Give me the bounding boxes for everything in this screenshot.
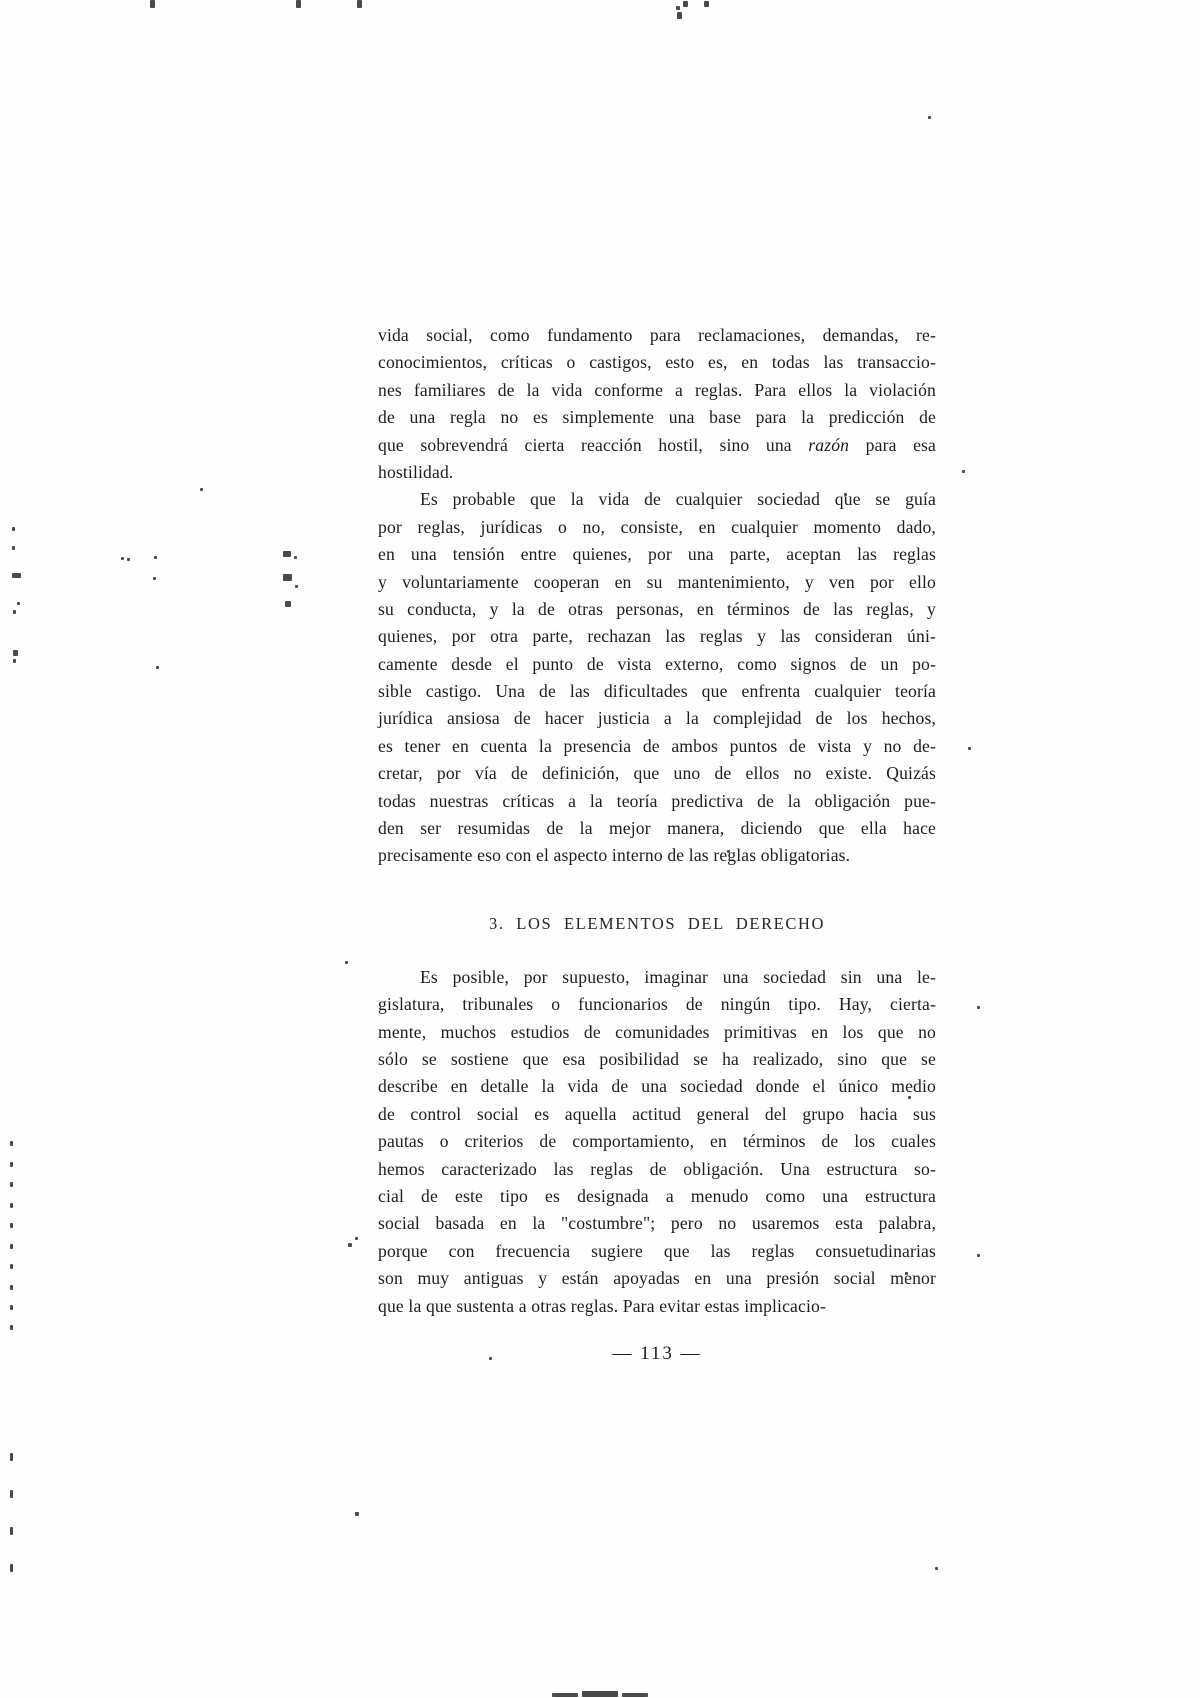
text-line: cretar, por vía de definición, que uno d…	[378, 760, 936, 787]
text-line: son muy antiguas y están apoyadas en una…	[378, 1265, 936, 1292]
scan-speck	[908, 1096, 911, 1099]
text-line: mente, muchos estudios de comunidades pr…	[378, 1019, 936, 1046]
text-line: hemos caracterizado las reglas de obliga…	[378, 1156, 936, 1183]
scan-speck	[10, 1162, 13, 1167]
scan-speck	[355, 1512, 359, 1516]
text-line: sible castigo. Una de las dificultades q…	[378, 678, 936, 705]
text-line: que sobrevendrá cierta reacción hostil, …	[378, 432, 936, 459]
scan-speck	[935, 1567, 938, 1570]
paragraph: Es probable que la vida de cualquier soc…	[378, 486, 936, 869]
text-line: social basada en la "costumbre"; pero no…	[378, 1210, 936, 1237]
text-block: vida social, como fundamento para reclam…	[378, 322, 936, 1320]
text-line: quienes, por otra parte, rechazan las re…	[378, 623, 936, 650]
scan-speck	[704, 1, 709, 7]
text-line: conocimientos, críticas o castigos, esto…	[378, 349, 936, 376]
scan-speck	[10, 1564, 13, 1572]
scan-speck	[10, 1325, 13, 1330]
scan-speck	[677, 12, 682, 19]
scan-speck	[683, 1, 688, 7]
text-line: sólo se sostiene que esa posibilidad se …	[378, 1046, 936, 1073]
scan-speck	[12, 546, 15, 550]
scan-speck	[552, 1693, 578, 1697]
scan-speck	[727, 850, 730, 853]
scan-speck	[12, 573, 21, 578]
text-line: es tener en cuenta la presencia de ambos…	[378, 733, 936, 760]
text-line: precisamente eso con el aspecto interno …	[378, 842, 936, 869]
paragraph: vida social, como fundamento para reclam…	[378, 322, 936, 486]
scan-speck	[10, 1527, 13, 1535]
scan-speck	[10, 1182, 13, 1187]
scan-speck	[357, 0, 362, 8]
scan-speck	[10, 1453, 13, 1461]
scan-speck	[12, 527, 15, 531]
text-line: cial de este tipo es designada a menudo …	[378, 1183, 936, 1210]
scan-speck	[582, 1691, 618, 1697]
section-heading: 3. LOS ELEMENTOS DEL DERECHO	[378, 914, 936, 934]
book-page: vida social, como fundamento para reclam…	[0, 0, 1200, 1698]
scan-speck	[200, 488, 203, 491]
text-line: por reglas, jurídicas o no, consiste, en…	[378, 514, 936, 541]
scan-speck	[154, 556, 157, 559]
text-line: y voluntariamente cooperan en su manteni…	[378, 569, 936, 596]
scan-speck	[150, 0, 155, 8]
scan-speck	[10, 1264, 13, 1269]
scan-speck	[10, 1203, 13, 1208]
scan-speck	[13, 659, 16, 663]
scan-speck	[844, 493, 847, 496]
scan-speck	[10, 1244, 13, 1249]
paragraph: Es posible, por supuesto, imaginar una s…	[378, 964, 936, 1320]
text-line: describe en detalle la vida de una socie…	[378, 1073, 936, 1100]
scan-speck	[13, 650, 18, 656]
scan-speck	[345, 961, 348, 964]
text-line: Es probable que la vida de cualquier soc…	[378, 486, 936, 513]
scan-speck	[489, 1357, 492, 1360]
text-line: gislatura, tribunales o funcionarios de …	[378, 991, 936, 1018]
text-line: porque con frecuencia sugiere que las re…	[378, 1238, 936, 1265]
text-line: de una regla no es simplemente una base …	[378, 404, 936, 431]
scan-speck	[296, 0, 301, 8]
scan-speck	[962, 470, 965, 473]
text-line: hostilidad.	[378, 459, 936, 486]
scan-speck	[355, 1237, 358, 1240]
scan-speck	[905, 1272, 908, 1275]
scan-speck	[17, 602, 20, 605]
scan-speck	[10, 1141, 13, 1146]
text-line: su conducta, y la de otras personas, en …	[378, 596, 936, 623]
text-line: que la que sustenta a otras reglas. Para…	[378, 1293, 936, 1320]
scan-speck	[127, 558, 130, 561]
scan-speck	[10, 1223, 13, 1228]
scan-speck	[10, 1305, 13, 1310]
scan-speck	[977, 1006, 980, 1009]
page-number: — 113 —	[378, 1343, 936, 1365]
scan-speck	[348, 1243, 352, 1247]
text-line: de control social es aquella actitud gen…	[378, 1101, 936, 1128]
scan-speck	[10, 1490, 13, 1498]
scan-speck	[295, 585, 298, 588]
scan-speck	[153, 577, 156, 580]
text-line: vida social, como fundamento para reclam…	[378, 322, 936, 349]
scan-speck	[928, 116, 931, 119]
scan-speck	[283, 551, 291, 557]
scan-speck	[10, 1285, 13, 1290]
scan-speck	[622, 1693, 648, 1697]
text-line: den ser resumidas de la mejor manera, di…	[378, 815, 936, 842]
text-line: todas nuestras críticas a la teoría pred…	[378, 788, 936, 815]
scan-speck	[285, 601, 291, 607]
text-line: Es posible, por supuesto, imaginar una s…	[378, 964, 936, 991]
scan-speck	[13, 610, 16, 614]
text-line: jurídica ansiosa de hacer justicia a la …	[378, 705, 936, 732]
scan-speck	[283, 574, 292, 581]
text-line: nes familiares de la vida conforme a reg…	[378, 377, 936, 404]
scan-speck	[968, 747, 971, 750]
scan-speck	[294, 556, 297, 559]
scan-speck	[977, 1254, 980, 1257]
text-line: en una tensión entre quienes, por una pa…	[378, 541, 936, 568]
text-line: pautas o criterios de comportamiento, en…	[378, 1128, 936, 1155]
scan-speck	[121, 557, 124, 560]
scan-speck	[676, 6, 680, 10]
scan-speck	[156, 666, 159, 669]
text-line: camente desde el punto de vista externo,…	[378, 651, 936, 678]
